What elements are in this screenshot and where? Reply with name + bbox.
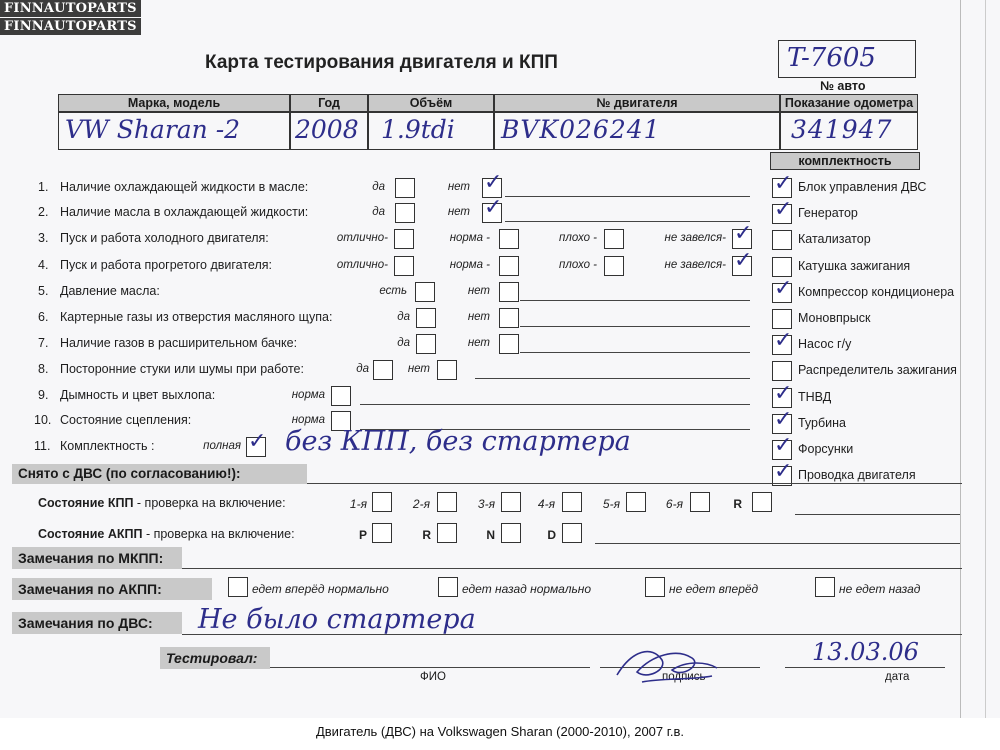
akpp-mode-checkbox[interactable] (501, 523, 521, 543)
form-title: Карта тестирования двигателя и КПП (205, 52, 558, 74)
option-label: да (356, 363, 369, 375)
akpp-label: Состояние АКПП - проверка на включение: (38, 527, 295, 541)
akpp-mode-label: N (486, 528, 495, 542)
option-label: нет (468, 285, 490, 297)
akpp-line (595, 543, 960, 544)
fio-line (270, 667, 590, 668)
answer-line (520, 352, 750, 353)
check-mark-icon: ✓ (734, 223, 752, 245)
cell-year: 2008 (290, 112, 368, 150)
option-label: норма - (450, 259, 490, 271)
remarks-mkpp-label: Замечания по МКПП: (12, 547, 182, 569)
option-checkbox[interactable] (395, 203, 415, 223)
question-number: 9. (38, 388, 48, 402)
akpp-remark-checkbox[interactable] (815, 577, 835, 597)
kpp-gear-checkbox[interactable] (372, 492, 392, 512)
completeness-item-label: Блок управления ДВС (798, 180, 926, 194)
akpp-remark-checkbox[interactable] (228, 577, 248, 597)
completeness-note: без КПП, без стартера (285, 426, 631, 457)
question-number: 2. (38, 205, 48, 219)
option-checkbox[interactable] (373, 360, 393, 380)
option-checkbox[interactable] (394, 229, 414, 249)
option-checkbox[interactable] (416, 334, 436, 354)
watermark: FINNAUTOPARTS (0, 0, 141, 17)
akpp-remark-label: не едет назад (839, 582, 920, 596)
completeness-item-label: Катализатор (798, 232, 871, 246)
completeness-item-label: Турбина (798, 416, 846, 430)
remarks-dvs-line (182, 634, 962, 635)
option-label: плохо - (559, 232, 597, 244)
option-label: норма - (450, 232, 490, 244)
option-checkbox[interactable] (499, 229, 519, 249)
check-mark-icon: ✓ (774, 383, 792, 405)
check-mark-icon: ✓ (774, 330, 792, 352)
option-checkbox[interactable] (499, 308, 519, 328)
akpp-mode-label: R (422, 528, 431, 542)
check-mark-icon: ✓ (774, 409, 792, 431)
completeness-item-label: Компрессор кондиционера (798, 285, 954, 299)
option-label: отлично- (337, 232, 388, 244)
scan-edge (960, 0, 961, 718)
question-text: Наличие охлаждающей жидкости в масле: (60, 180, 308, 194)
option-checkbox[interactable] (395, 178, 415, 198)
option-label: не завелся- (664, 259, 726, 271)
option-label: норма (292, 414, 325, 426)
option-label: полная (203, 440, 241, 452)
odometer-value: 341947 (791, 115, 892, 144)
akpp-mode-checkbox[interactable] (562, 523, 582, 543)
question-text: Посторонние стуки или шумы при работе: (60, 362, 304, 376)
kpp-gear-checkbox[interactable] (562, 492, 582, 512)
completeness-item-label: Моновпрыск (798, 311, 870, 325)
question-text: Наличие газов в расширительном бачке: (60, 336, 297, 350)
fio-label: ФИО (420, 671, 446, 683)
option-checkbox[interactable] (499, 282, 519, 302)
auto-number-value: T-7605 (787, 43, 876, 73)
kpp-gear-label: 3-я (478, 497, 495, 511)
kpp-label-bold: Состояние КПП (38, 496, 133, 510)
question-text: Давление масла: (60, 284, 160, 298)
removed-line (307, 483, 962, 484)
question-number: 3. (38, 231, 48, 245)
akpp-mode-checkbox[interactable] (372, 523, 392, 543)
option-label: да (372, 206, 385, 218)
akpp-remark-label: едет назад нормально (462, 582, 591, 596)
kpp-gear-checkbox[interactable] (501, 492, 521, 512)
kpp-gear-label: 6-я (666, 497, 683, 511)
check-mark-icon: ✓ (774, 461, 792, 483)
completeness-item-label: Насос г/у (798, 337, 851, 351)
completeness-header: комплектность (770, 152, 920, 170)
check-mark-icon: ✓ (774, 199, 792, 221)
signature-scribble (612, 640, 722, 690)
kpp-line (795, 514, 960, 515)
completeness-item-label: Генератор (798, 206, 858, 220)
akpp-remark-label: не едет вперёд (669, 582, 758, 596)
answer-line (505, 221, 750, 222)
option-checkbox[interactable] (415, 282, 435, 302)
remarks-dvs-value: Не было стартера (198, 604, 476, 635)
year-value: 2008 (295, 115, 359, 144)
question-number: 11. (34, 439, 50, 453)
question-text: Картерные газы из отверстия масляного щу… (60, 310, 332, 324)
check-mark-icon: ✓ (774, 278, 792, 300)
option-checkbox[interactable] (416, 308, 436, 328)
check-mark-icon: ✓ (734, 250, 752, 272)
kpp-gear-label: 5-я (603, 497, 620, 511)
kpp-gear-label: 4-я (538, 497, 555, 511)
engine-no-value: BVK026241 (501, 115, 661, 144)
completeness-item-label: Катушка зажигания (798, 259, 910, 273)
akpp-remark-label: едет вперёд нормально (252, 582, 389, 596)
question-number: 4. (38, 258, 48, 272)
kpp-gear-checkbox[interactable] (752, 492, 772, 512)
kpp-label-suffix: - проверка на включение: (133, 496, 285, 510)
akpp-mode-label: P (359, 528, 367, 542)
question-text: Пуск и работа прогретого двигателя: (60, 258, 272, 272)
question-text: Наличие масла в охлаждающей жидкости: (60, 205, 308, 219)
date-line (785, 667, 945, 668)
answer-line (520, 300, 750, 301)
completeness-item-label: Проводка двигателя (798, 468, 916, 482)
question-text: Комплектность : (60, 439, 154, 453)
remarks-dvs-label: Замечания по ДВС: (12, 612, 182, 634)
cell-make-model: VW Sharan -2 (58, 112, 290, 150)
question-number: 7. (38, 336, 48, 350)
option-label: нет (408, 363, 430, 375)
option-checkbox[interactable] (499, 256, 519, 276)
question-text: Состояние сцепления: (60, 413, 191, 427)
option-checkbox[interactable] (604, 256, 624, 276)
option-label: отлично- (337, 259, 388, 271)
answer-line (505, 196, 750, 197)
completeness-checkbox[interactable] (772, 309, 792, 329)
akpp-mode-checkbox[interactable] (437, 523, 457, 543)
kpp-gear-checkbox[interactable] (690, 492, 710, 512)
check-mark-icon: ✓ (774, 435, 792, 457)
question-number: 6. (38, 310, 48, 324)
removed-title: Снято с ДВС (по согласованию!): (12, 464, 307, 484)
answer-line (475, 378, 750, 379)
akpp-remark-checkbox[interactable] (645, 577, 665, 597)
question-number: 5. (38, 284, 48, 298)
completeness-item-label: Распределитель зажигания (798, 363, 957, 377)
akpp-remark-checkbox[interactable] (438, 577, 458, 597)
tested-label: Тестировал: (160, 647, 270, 669)
kpp-gear-label: 2-я (413, 497, 430, 511)
question-number: 1. (38, 180, 48, 194)
answer-line (360, 404, 750, 405)
question-number: 10. (34, 413, 51, 427)
remarks-mkpp-line (182, 568, 962, 569)
question-text: Дымность и цвет выхлопа: (60, 388, 215, 402)
option-checkbox[interactable] (394, 256, 414, 276)
question-text: Пуск и работа холодного двигателя: (60, 231, 269, 245)
watermark: FINNAUTOPARTS (0, 18, 141, 35)
scanned-form: FINNAUTOPARTS FINNAUTOPARTS Карта тестир… (0, 0, 1000, 718)
option-label: нет (468, 337, 490, 349)
date-value: 13.03.06 (812, 638, 919, 666)
option-label: нет (448, 206, 470, 218)
option-label: нет (448, 181, 470, 193)
akpp-mode-label: D (547, 528, 556, 542)
kpp-gear-checkbox[interactable] (626, 492, 646, 512)
completeness-checkbox[interactable] (772, 230, 792, 250)
check-mark-icon: ✓ (484, 172, 502, 194)
cell-engine-no: BVK026241 (494, 112, 780, 150)
option-checkbox[interactable] (604, 229, 624, 249)
header-year: Год (290, 94, 368, 112)
option-checkbox[interactable] (499, 334, 519, 354)
completeness-item-label: ТНВД (798, 390, 831, 404)
option-label: да (397, 337, 410, 349)
scan-edge (985, 0, 986, 718)
header-odometer: Показание одометра (780, 94, 918, 112)
auto-number-box: T-7605 (778, 40, 916, 78)
option-label: норма (292, 389, 325, 401)
option-label: плохо - (559, 259, 597, 271)
make-model-value: VW Sharan -2 (65, 115, 240, 144)
header-make-model: Марка, модель (58, 94, 290, 112)
option-label: да (372, 181, 385, 193)
completeness-checkbox[interactable] (772, 257, 792, 277)
check-mark-icon: ✓ (248, 431, 266, 453)
remarks-akpp-label: Замечания по АКПП: (12, 578, 212, 600)
kpp-label: Состояние КПП - проверка на включение: (38, 496, 286, 510)
caption: Двигатель (ДВС) на Volkswagen Sharan (20… (0, 724, 1000, 739)
option-label: да (397, 311, 410, 323)
question-number: 8. (38, 362, 48, 376)
akpp-label-bold: Состояние АКПП (38, 527, 142, 541)
header-volume: Объём (368, 94, 494, 112)
cell-volume: 1.9tdi (368, 112, 494, 150)
option-checkbox[interactable] (331, 386, 351, 406)
auto-number-label: № авто (820, 79, 865, 93)
cell-odometer: 341947 (780, 112, 918, 150)
completeness-checkbox[interactable] (772, 361, 792, 381)
kpp-gear-label: R (733, 497, 742, 511)
kpp-gear-label: 1-я (350, 497, 367, 511)
option-label: нет (468, 311, 490, 323)
option-label: есть (379, 285, 407, 297)
header-engine-no: № двигателя (494, 94, 780, 112)
date-label: дата (885, 671, 909, 683)
completeness-item-label: Форсунки (798, 442, 853, 456)
volume-value: 1.9tdi (381, 115, 455, 144)
check-mark-icon: ✓ (774, 173, 792, 195)
option-checkbox[interactable] (437, 360, 457, 380)
option-label: не завелся- (664, 232, 726, 244)
akpp-label-suffix: - проверка на включение: (142, 527, 294, 541)
kpp-gear-checkbox[interactable] (437, 492, 457, 512)
check-mark-icon: ✓ (484, 197, 502, 219)
answer-line (520, 326, 750, 327)
